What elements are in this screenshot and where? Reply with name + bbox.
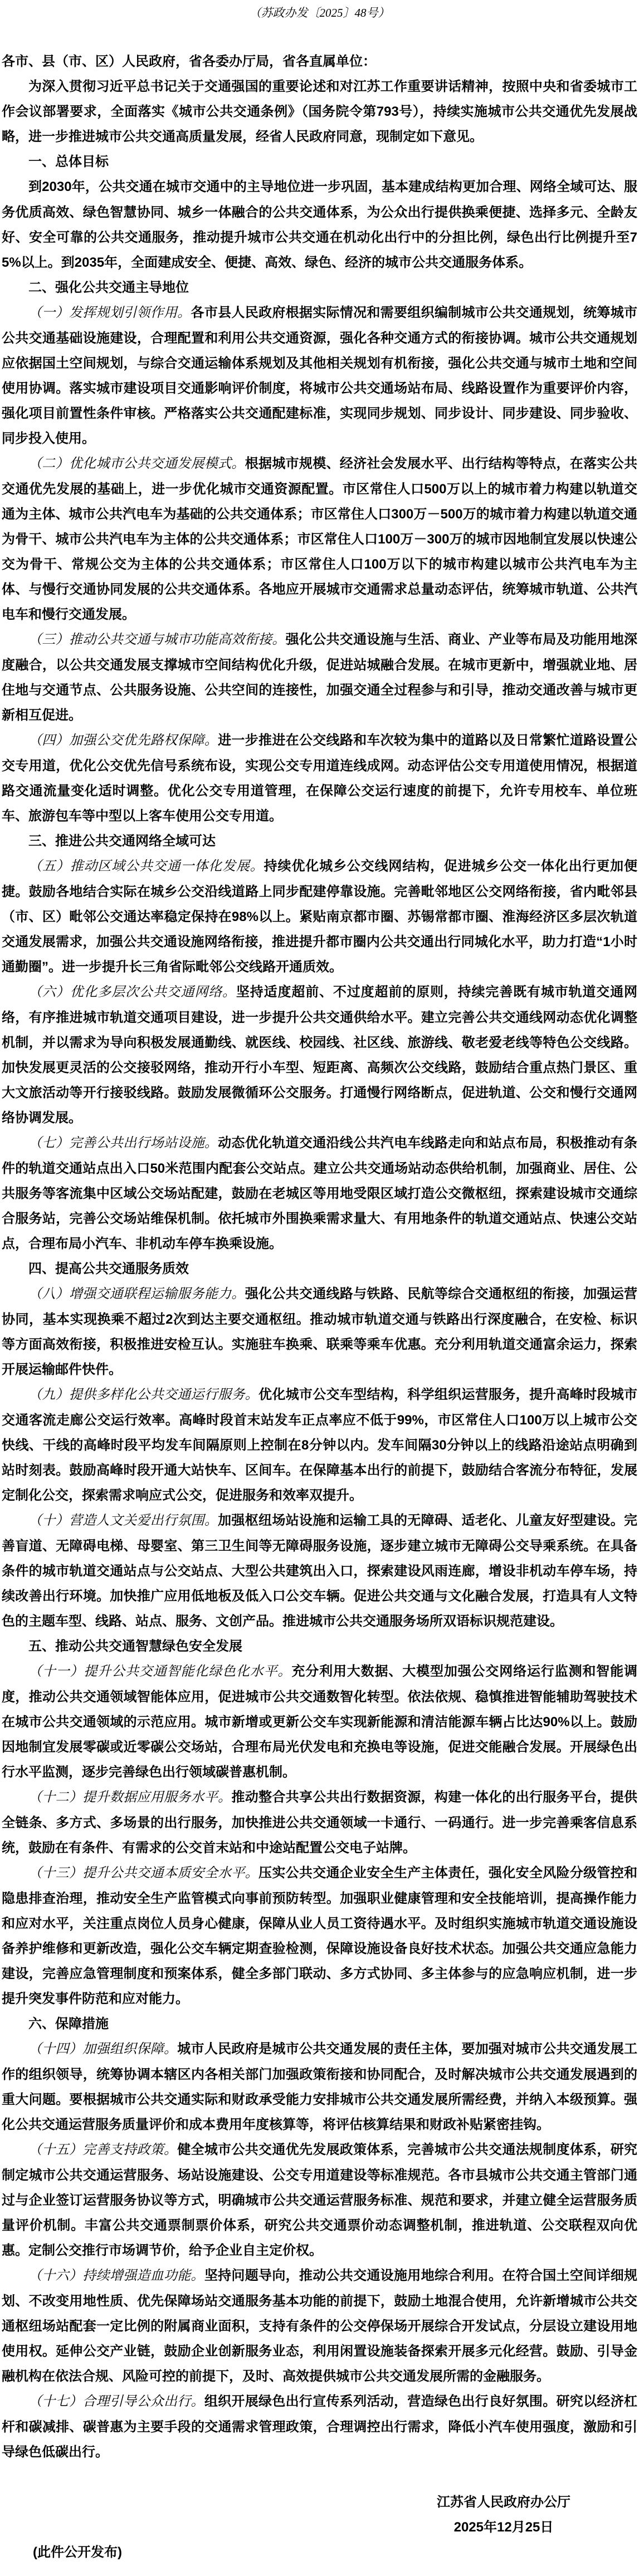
item-paragraph: 到2030年，公共交通在城市交通中的主导地位进一步巩固，基本建成结构更加合理、网… — [2, 174, 637, 275]
signature-date: 2025年12月25日 — [437, 2515, 570, 2540]
item-body: 各市县人民政府根据实际情况和需要组织编制城市公共交通规划，统筹城市公共交通基础设… — [2, 305, 637, 446]
item-paragraph: （十）营造人文关爱出行氛围。加强枢纽场站设施和运输工具的无障碍、适老化、儿童友好… — [2, 1508, 637, 1634]
item-title: （十一）提升公共交通智能化绿色化水平。 — [28, 1664, 291, 1679]
item-body: 优化城市公交车型结构，科学组织运营服务，提升高峰时段城市交通客流走廊公交运行效率… — [2, 1387, 637, 1503]
section-heading-6: 六、保障措施 — [2, 2011, 637, 2036]
item-paragraph: （十五）完善支持政策。健全城市公共交通优先发展政策体系，完善城市公共交通法规制度… — [2, 2137, 637, 2263]
item-title: （五）推动区域公共交通一体化发展。 — [28, 859, 264, 874]
item-body: 持续优化城乡公交线网结构，促进城乡公交一体化出行更加便捷。鼓励各地结合实际在城乡… — [2, 859, 637, 974]
signature-block: 江苏省人民政府办公厅 2025年12月25日 — [2, 2490, 637, 2540]
item-title: （十五）完善支持政策。 — [28, 2143, 177, 2157]
item-body: 健全城市公共交通优先发展政策体系，完善城市公共交通法规制度体系，研究制定城市公共… — [2, 2142, 637, 2258]
item-title: （三）推动公共交通与城市功能高效衔接。 — [28, 633, 286, 647]
signature-office: 江苏省人民政府办公厅 — [437, 2490, 570, 2515]
item-title: （十六）持续增强造血功能。 — [28, 2269, 204, 2283]
section-heading-2: 二、强化公共交通主导地位 — [2, 275, 637, 300]
item-paragraph: （七）完善公共出行场站设施。动态优化轨道交通沿线公共汽电车线路走向和站点布局，积… — [2, 1130, 637, 1256]
item-title: （十七）合理引导公众出行。 — [28, 2394, 204, 2409]
document-page: （苏政办发〔2025〕48号） 各市、县（市、区）人民政府，省各委办厅局，省各直… — [0, 0, 639, 2576]
public-release-note: (此件公开发布) — [2, 2540, 637, 2565]
item-title: （九）提供多样化公共交通运行服务。 — [28, 1388, 258, 1402]
item-title: （二）优化城市公共交通发展模式。 — [28, 457, 245, 471]
doc-number: （苏政办发〔2025〕48号） — [2, 4, 637, 21]
item-paragraph: （十二）提升数据应用服务水平。推动整合共享公共出行数据资源，构建一体化的出行服务… — [2, 1785, 637, 1860]
item-paragraph: （十六）持续增强造血功能。坚持问题导向，推动公共交通设施用地综合利用。在符合国土… — [2, 2263, 637, 2389]
item-paragraph: （十四）加强组织保障。城市人民政府是城市公共交通发展的责任主体，要加强对城市公共… — [2, 2036, 637, 2137]
item-body: 到2030年，公共交通在城市交通中的主导地位进一步巩固，基本建成结构更加合理、网… — [2, 179, 637, 270]
item-title: （十）营造人文关爱出行氛围。 — [28, 1514, 218, 1528]
item-title: （十三）提升公共交通本质安全水平。 — [28, 1866, 258, 1880]
item-paragraph: （八）增强交通联程运输服务能力。强化公共交通线路与铁路、民航等综合交通枢纽的衔接… — [2, 1281, 637, 1382]
item-title: （七）完善公共出行场站设施。 — [28, 1136, 218, 1150]
section-heading-4: 四、提高公共交通服务质效 — [2, 1256, 637, 1281]
item-paragraph: （十一）提升公共交通智能化绿色化水平。充分利用大数据、大模型加强公交网络运行监测… — [2, 1659, 637, 1785]
item-title: （八）增强交通联程运输服务能力。 — [28, 1287, 245, 1301]
item-body: 充分利用大数据、大模型加强公交网络运行监测和智能调度，推动公共交通领域智能体应用… — [2, 1664, 637, 1780]
item-paragraph: （一）发挥规划引领作用。各市县人民政府根据实际情况和需要组织编制城市公共交通规划… — [2, 300, 637, 451]
section-heading-5: 五、推动公共交通智慧绿色安全发展 — [2, 1634, 637, 1659]
signature-inner: 江苏省人民政府办公厅 2025年12月25日 — [437, 2490, 570, 2540]
item-title: （六）优化多层次公共交通网络。 — [28, 985, 236, 1000]
item-body: 坚持问题导向，推动公共交通设施用地综合利用。在符合国土空间详细规划、不改变用地性… — [2, 2268, 637, 2384]
item-title: （十四）加强组织保障。 — [28, 2042, 177, 2056]
item-body: 根据城市规模、经济社会发展水平、出行结构等特点，在落实公共交通优先发展的基础上，… — [2, 456, 637, 622]
item-title: （一）发挥规划引领作用。 — [28, 306, 191, 320]
item-paragraph: （九）提供多样化公共交通运行服务。优化城市公交车型结构，科学组织运营服务，提升高… — [2, 1382, 637, 1508]
section-heading-3: 三、推进公共交通网络全域可达 — [2, 829, 637, 854]
section-heading-1: 一、总体目标 — [2, 149, 637, 174]
item-body: 动态优化轨道交通沿线公共汽电车线路走向和站点布局，积极推动有条件的轨道交通站点出… — [2, 1135, 637, 1251]
item-paragraph: （十七）合理引导公众出行。组织开展绿色出行宣传系列活动，营造绿色出行良好氛围。研… — [2, 2389, 637, 2465]
item-paragraph: （六）优化多层次公共交通网络。坚持适度超前、不过度超前的原则，持续完善既有城市轨… — [2, 980, 637, 1130]
salutation: 各市、县（市、区）人民政府，省各委办厅局，省各直属单位： — [2, 49, 637, 74]
item-title: （四）加强公交优先路权保障。 — [28, 733, 218, 748]
item-title: （十二）提升数据应用服务水平。 — [28, 1790, 231, 1805]
item-paragraph: （二）优化城市公共交通发展模式。根据城市规模、经济社会发展水平、出行结构等特点，… — [2, 451, 637, 627]
item-body: 加强枢纽场站设施和运输工具的无障碍、适老化、儿童友好型建设。完善盲道、无障碍电梯… — [2, 1513, 637, 1629]
item-paragraph: （五）推动区域公共交通一体化发展。持续优化城乡公交线网结构，促进城乡公交一体化出… — [2, 854, 637, 980]
item-paragraph: （三）推动公共交通与城市功能高效衔接。强化公共交通设施与生活、商业、产业等布局及… — [2, 627, 637, 728]
item-body: 压实公共交通企业安全生产主体责任，强化安全风险分级管控和隐患排查治理，推动安全生… — [2, 1865, 637, 2006]
item-paragraph: （四）加强公交优先路权保障。进一步推进在公交线路和车次较为集中的道路以及日常繁忙… — [2, 728, 637, 829]
item-paragraph: （十三）提升公共交通本质安全水平。压实公共交通企业安全生产主体责任，强化安全风险… — [2, 1860, 637, 2011]
item-body: 坚持适度超前、不过度超前的原则，持续完善既有城市轨道交通网络，有序推进城市轨道交… — [2, 985, 637, 1125]
intro-paragraph: 为深入贯彻习近平总书记关于交通强国的重要论述和对江苏工作重要讲话精神，按照中央和… — [2, 74, 637, 149]
